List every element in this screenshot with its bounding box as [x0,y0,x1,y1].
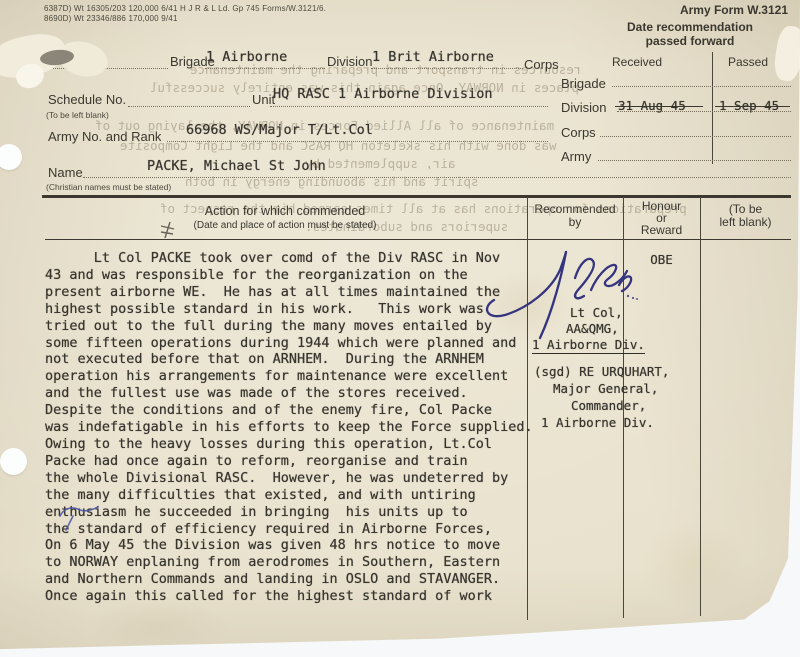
division-passed-date: 1 Sep 45 [719,98,779,113]
paper-stain [90,600,230,650]
unit-field-label: Unit [252,92,275,107]
honour-reward-header: Honour or Reward [623,200,700,236]
dotted-rule [371,68,523,69]
action-column-header: Action for which commended [45,204,525,218]
row-label-army: Army [561,149,591,164]
sgd-rank: Major General, [553,381,658,396]
sgd-title: Commander, [571,398,646,413]
corps-field-label: Corps [524,57,559,72]
dotted-rule [600,136,791,137]
army-no-rank-value: 66968 WS/Major T/Lt.Col [186,122,373,138]
pencil-mark [158,220,178,240]
recommended-by-header: Recommended by [527,203,623,229]
sgd-unit: 1 Airborne Div. [541,415,654,430]
dotted-rule [598,160,791,161]
row-label-brigade: Brigade [561,76,606,91]
name-value: PACKE, Michael St John [147,158,326,174]
dotted-rule [45,68,168,69]
signature-jj-slack [478,238,638,348]
passed-column-header: Passed [728,55,768,69]
unit-field-value: HQ RASC 1 Airborne Division [273,86,492,102]
print-reference-line2: 8690D) Wt 23346/886 170,000 9/41 [44,14,178,23]
passed-forward-title: Date recommendation passed forward [590,20,790,48]
bleedthrough-line: air, supplemented by [305,156,456,171]
form-number: Army Form W.3121 [642,3,788,17]
table-top-rule [42,195,791,198]
sgd-name: (sgd) RE URQUHART, [534,364,669,379]
dotted-rule [128,106,250,107]
row-label-corps: Corps [561,125,596,140]
division-received-date: 31 Aug 45 [618,98,686,113]
dotted-rule [83,177,791,178]
ink-insertion-mark [52,504,108,532]
dotted-rule [205,68,325,69]
name-label: Name [48,165,83,180]
action-column-subheader: (Date and place of action must be stated… [45,220,525,231]
paper-stain [640,520,750,610]
dotted-rule [270,106,548,107]
received-column-header: Received [612,55,662,69]
punch-hole [0,448,27,475]
dotted-rule [612,86,791,87]
paper-sheet: resources in transport and preparing the… [0,0,800,657]
table-column-line [700,197,701,616]
name-note: (Christian names must be stated) [46,182,171,192]
table-header-rule [45,239,791,240]
schedule-no-note: (To be left blank) [46,110,109,120]
division-field-value: 1 Brit Airborne [372,49,494,65]
received-passed-divider [712,52,713,164]
scanned-document: resources in transport and preparing the… [0,0,800,657]
print-reference-line1: 6387D) Wt 16305/203 120,000 6/41 H J R &… [44,4,326,13]
row-label-division: Division [561,100,607,115]
army-no-rank-label: Army No. and Rank [48,129,161,144]
punch-hole [0,144,22,170]
blank-column-header: (To be left blank) [700,203,791,229]
schedule-no-label: Schedule No. [48,92,126,107]
brigade-field-value: 1 Airborne [206,49,287,65]
dotted-rule [167,141,548,142]
division-field-label: Division [327,54,373,69]
